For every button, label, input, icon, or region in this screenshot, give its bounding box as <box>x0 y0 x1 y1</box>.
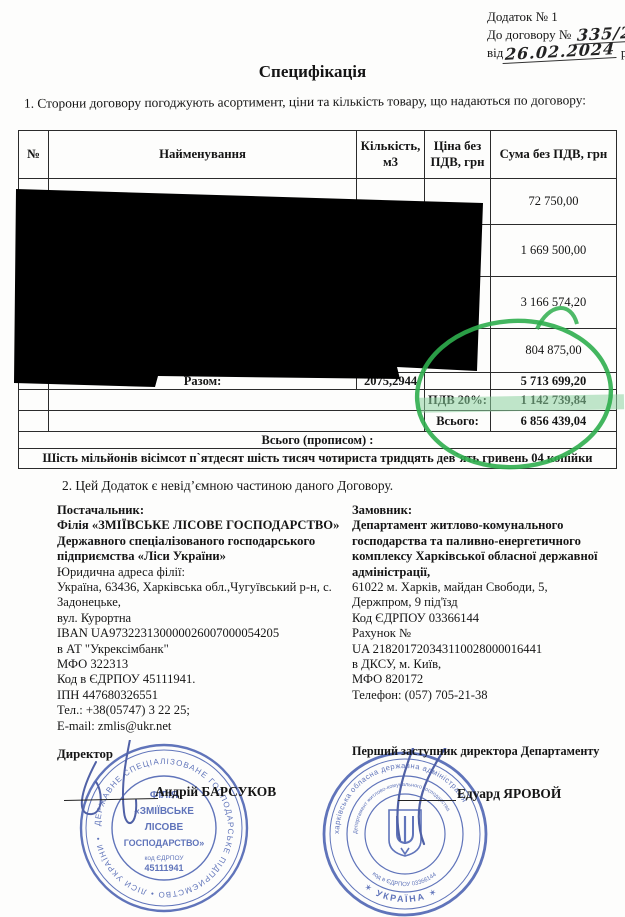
grand-total-label: Всього: <box>425 411 491 432</box>
stamp-center-line: «ЗМІЇВСЬКЕ <box>134 804 194 817</box>
svg-text:Департамент житлово-комунально: Департамент житлово-комунального господа… <box>353 782 451 834</box>
date-handwritten: 26.02.2024 <box>503 40 618 64</box>
table-row: 72 750,00 <box>19 179 617 225</box>
col-header-sum: Сума без ПДВ, грн <box>490 131 616 179</box>
col-header-num: № <box>19 131 49 179</box>
supplier-round-stamp: ДЕРЖАВНЕ СПЕЦІАЛІЗОВАНЕ ГОСПОДАРСЬКЕ ПІД… <box>66 740 262 917</box>
signature-line-left <box>64 798 158 801</box>
total-label: Разом: <box>49 373 357 390</box>
row-sum-value: 804 875,00 <box>490 329 616 373</box>
appendix-label: Додаток № 1 <box>487 8 625 25</box>
page-title: Специфікація <box>0 62 625 82</box>
stamp-center-text: ФІЛІЯ «ЗМІЇВСЬКЕ ЛІСОВЕ ГОСПОДАРСТВО» ко… <box>124 790 205 873</box>
customer-round-stamp: харківська обласна державна адміністраці… <box>308 748 504 917</box>
customer-heading: Замовник: <box>352 503 618 518</box>
signature-line-right <box>398 800 456 801</box>
specification-table: № Найменування Кількість, м3 Ціна без ПД… <box>18 130 617 469</box>
col-header-price: Ціна без ПДВ, грн <box>425 131 491 179</box>
grand-total-value: 6 856 439,04 <box>490 411 616 432</box>
supplier-name-line: підприємства «Ліси України» <box>57 549 353 564</box>
supplier-name-line: Державного спеціалізованого господарсько… <box>57 534 353 549</box>
trident-emblem-icon <box>389 810 421 856</box>
row-sum-value: 72 750,00 <box>490 179 616 225</box>
director-title: Директор <box>57 747 113 762</box>
supplier-ipn-line: ІПН 447680326551 <box>57 688 353 703</box>
col-header-qty: Кількість, м3 <box>357 131 425 179</box>
amount-in-words-label: Всього (прописом) : <box>19 432 617 449</box>
stamp-inner-ring-top-text: Департамент житлово-комунального господа… <box>353 782 451 834</box>
grand-total-row: Всього: 6 856 439,04 <box>19 411 617 432</box>
svg-text:✶ УКРАЇНА ✶: ✶ УКРАЇНА ✶ <box>362 881 440 904</box>
supplier-heading: Постачальник: <box>57 503 353 518</box>
customer-name-line: комплексу Харківської обласної державної <box>352 549 618 564</box>
supplier-detail-line: вул. Курортна <box>57 611 353 626</box>
stamp-center-line: ГОСПОДАРСТВО» <box>124 838 205 848</box>
customer-name-line: Департамент житлово-комунального <box>352 518 618 533</box>
stamp-inner-ring-bottom-text: код в ЄДРПОУ 03366144 <box>371 871 438 888</box>
table-row: 3 166 574,20 <box>19 277 617 329</box>
clause-2: 2. Цей Додаток є невід’ємною частиною да… <box>62 478 393 494</box>
svg-text:код в ЄДРПОУ 03366144: код в ЄДРПОУ 03366144 <box>371 871 438 888</box>
supplier-phone-line: Тел.: +38(05747) 3 22 25; <box>57 703 353 718</box>
director-name: Андрій БАРСУКОВ <box>155 784 276 800</box>
supplier-iban-line: IBAN UA973223130000026007000054205 <box>57 626 353 641</box>
customer-account-label: Рахунок № <box>352 626 618 641</box>
stamp-code-label: код ЄДРПОУ <box>144 855 184 862</box>
deputy-director-name: Едуард ЯРОВОЙ <box>457 786 561 802</box>
amount-in-words-row: Шість мільйонів вісімсот п`ятдесят шість… <box>19 449 617 469</box>
stamp-ring-text: ДЕРЖАВНЕ СПЕЦІАЛІЗОВАНЕ ГОСПОДАРСЬКЕ ПІД… <box>93 757 235 899</box>
customer-phone-line: Телефон: (057) 705-21-38 <box>352 688 618 703</box>
table-header-row: № Найменування Кількість, м3 Ціна без ПД… <box>19 131 617 179</box>
stamp-outer-ring-top-text: харківська обласна державна адміністраці… <box>332 761 469 834</box>
supplier-mfo-line: МФО 322313 <box>57 657 353 672</box>
supplier-email-line: E-mail: zmlis@ukr.net <box>57 719 353 734</box>
supplier-edrpou-line: Код в ЄДРПОУ 45111941. <box>57 672 353 687</box>
amount-in-words-label-row: Всього (прописом) : <box>19 432 617 449</box>
customer-account-number: UA 218201720343110028000016441 <box>352 642 618 657</box>
contract-prefix: До договору № <box>487 26 571 43</box>
document-header-block: Додаток № 1 До договору № 335/24 від 26.… <box>487 8 625 61</box>
supplier-detail-line: Задонецьке, <box>57 595 353 610</box>
stamp-outer-ring-bottom-text: ✶ УКРАЇНА ✶ <box>362 881 440 904</box>
supplier-block: Постачальник: Філія «ЗМІЇВСЬКЕ ЛІСОВЕ ГО… <box>57 503 353 734</box>
table-row: 1 669 500,00 <box>19 225 617 277</box>
amount-in-words-value: Шість мільйонів вісімсот п`ятдесят шість… <box>19 449 617 469</box>
date-suffix: року <box>621 44 625 61</box>
svg-text:ДЕРЖАВНЕ СПЕЦІАЛІЗОВАНЕ ГОСПОД: ДЕРЖАВНЕ СПЕЦІАЛІЗОВАНЕ ГОСПОДАРСЬКЕ ПІД… <box>93 757 235 899</box>
customer-edrpou-line: Код ЄДРПОУ 03366144 <box>352 611 618 626</box>
customer-block: Замовник: Департамент житлово-комунально… <box>352 503 618 703</box>
col-header-name: Найменування <box>49 131 357 179</box>
total-row: Разом: 2075,2944 5 713 699,20 <box>19 373 617 390</box>
supplier-detail-line: в АТ "Укрексімбанк" <box>57 642 353 657</box>
supplier-name-line: Філія «ЗМІЇВСЬКЕ ЛІСОВЕ ГОСПОДАРСТВО» <box>57 518 353 533</box>
supplier-detail-line: Юридична адреса філії: <box>57 565 353 580</box>
stamp-center-line: ЛІСОВЕ <box>145 822 184 833</box>
deputy-director-title: Перший заступник директора Департаменту <box>352 744 599 759</box>
customer-bank-line: в ДКСУ, м. Київ, <box>352 657 618 672</box>
stamp-code-value: 45111941 <box>144 863 183 873</box>
customer-address-line: 61022 м. Харків, майдан Свободи, 5, <box>352 580 618 595</box>
table-row: 804 875,00 <box>19 329 617 373</box>
pen-signature-right <box>397 748 448 844</box>
customer-mfo-line: МФО 820172 <box>352 672 618 687</box>
scanned-document-page: Додаток № 1 До договору № 335/24 від 26.… <box>0 0 625 917</box>
customer-name-line: господарства та паливно-енергетичного <box>352 534 618 549</box>
customer-name-line: адміністрації, <box>352 565 618 580</box>
total-qty: 2075,2944 <box>357 373 425 390</box>
customer-address-line: Держпром, 9 під'їзд <box>352 595 618 610</box>
row-sum-value: 3 166 574,20 <box>490 277 616 329</box>
total-sum: 5 713 699,20 <box>490 373 616 390</box>
row-sum-value: 1 669 500,00 <box>490 225 616 277</box>
clause-1: 1. Сторони договору погоджують асортимен… <box>24 92 609 112</box>
date-prefix: від <box>487 44 503 61</box>
svg-text:харківська обласна державна ад: харківська обласна державна адміністраці… <box>332 761 469 834</box>
supplier-detail-line: Україна, 63436, Харківська обл.,Чугуївсь… <box>57 580 353 595</box>
